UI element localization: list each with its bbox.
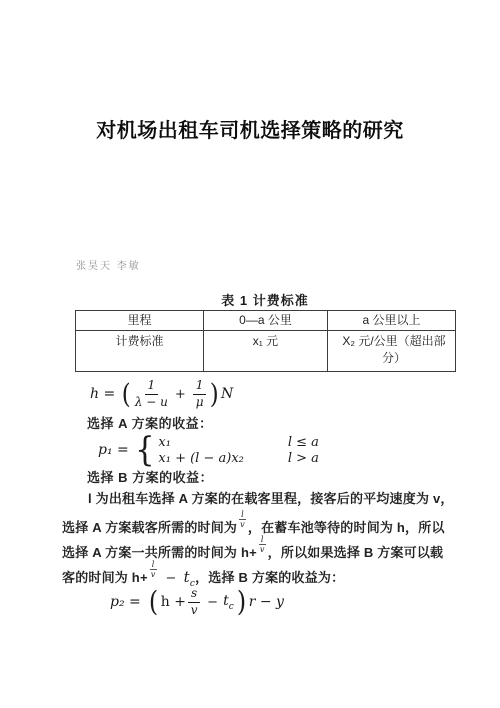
line2-text-b: ，在蓄车池等待的时间为 h，所以 (248, 520, 445, 535)
numerator: l (259, 536, 266, 545)
table-caption: 表 1 计费标准 (75, 290, 455, 309)
paren-open: ( (149, 588, 158, 616)
cases-brace: { (135, 433, 154, 467)
table-header-mileage: 里程 (76, 311, 204, 331)
table-cell-x1: x₁ 元 (204, 331, 328, 372)
paren-close: ) (210, 381, 219, 408)
page-title: 对机场出租车司机选择策略的研究 (0, 114, 500, 143)
denominator: v (191, 603, 198, 618)
formula-h: h = ( 1 λ − u + 1 μ ) N (90, 379, 233, 410)
paragraph-line-4: 客的时间为 h+lv−tc，选择 B 方案的收益为： (62, 561, 477, 586)
paren-close: ) (237, 588, 246, 616)
table-cell-x2: X₂ 元/公里（超出部分） (328, 331, 456, 372)
line3-text-a: 选择 A 方案一共所需的时间为 h+ (62, 545, 257, 560)
t-c-symbol: tc (223, 593, 234, 612)
numerator: l (239, 511, 246, 520)
authors: 张昊天 李敏 (76, 257, 141, 272)
minus-operator: − (166, 571, 177, 586)
line2-text-a: 选择 A 方案载客所需的时间为 (62, 520, 237, 535)
inline-fraction-lv: lv (239, 511, 246, 529)
denominator: v (150, 570, 157, 579)
case2-expression: x₁ + (l − a)x₂ (158, 451, 243, 466)
formula-p2: p₂ = ( h + s v − tc ) r − y (110, 587, 284, 618)
table-cell-fee-label: 计费标准 (76, 331, 204, 372)
table-header-range1: 0—a 公里 (204, 311, 328, 331)
paragraph-line-1: l 为出租车选择 A 方案的在载客里程，接客后的平均速度为 v， (62, 486, 477, 511)
denominator: v (239, 520, 246, 529)
paragraph-line-2: 选择 A 方案载客所需的时间为lv，在蓄车池等待的时间为 h，所以 (62, 511, 477, 536)
fraction-lambda: 1 λ − u (135, 379, 168, 410)
case2-condition: l > a (288, 451, 319, 466)
formula-p2-lhs: p₂ = (110, 594, 141, 610)
fraction-mu: 1 μ (193, 379, 207, 410)
numerator: 1 (145, 379, 159, 395)
fraction-sv: s v (188, 587, 200, 618)
case1-condition: l ≤ a (288, 435, 319, 450)
line4-text-a: 客的时间为 h+ (62, 570, 148, 585)
line3-text-b: ，所以如果选择 B 方案可以载 (268, 545, 444, 560)
table-header-range2: a 公里以上 (328, 311, 456, 331)
denominator: v (259, 545, 266, 554)
formula-p1-lhs: p₁ = (98, 442, 129, 458)
formula-h-rhs: N (221, 386, 233, 402)
numerator: l (150, 561, 157, 570)
plan-b-label: 选择 B 方案的收益： (87, 467, 213, 486)
formula-h-lhs: h = (90, 386, 115, 402)
table-header-row: 里程 0—a 公里 a 公里以上 (76, 311, 456, 331)
denominator: μ (196, 395, 204, 410)
case1-expression: x₁ (158, 435, 243, 450)
line1-text: l 为出租车选择 A 方案的在载客里程，接客后的平均速度为 v， (88, 491, 454, 506)
inline-fraction-lv: lv (150, 561, 157, 579)
t-subscript: c (229, 602, 234, 612)
document-page: 对机场出租车司机选择策略的研究 张昊天 李敏 表 1 计费标准 里程 0—a 公… (0, 0, 500, 708)
t-c-symbol: tc (184, 568, 195, 586)
table-data-row: 计费标准 x₁ 元 X₂ 元/公里（超出部分） (76, 331, 456, 372)
plus-operator: + (175, 387, 186, 402)
line4-text-b: ，选择 B 方案的收益为： (195, 570, 344, 585)
denominator: λ − u (135, 395, 168, 410)
cases-grid: x₁ l ≤ a x₁ + (l − a)x₂ l > a (158, 435, 319, 466)
fee-table: 里程 0—a 公里 a 公里以上 计费标准 x₁ 元 X₂ 元/公里（超出部分） (75, 310, 456, 372)
numerator: 1 (193, 379, 207, 395)
paren-open: ( (122, 381, 131, 408)
body-paragraph: l 为出租车选择 A 方案的在载客里程，接客后的平均速度为 v， 选择 A 方案… (62, 486, 477, 586)
formula-p1: p₁ = { x₁ l ≤ a x₁ + (l − a)x₂ l > a (98, 433, 319, 467)
h-plus-term: h + (161, 594, 186, 610)
inline-fraction-lv: lv (259, 536, 266, 554)
formula-p2-rhs: r − y (249, 594, 284, 610)
minus-operator: − (207, 595, 218, 610)
numerator: s (188, 587, 200, 603)
paragraph-line-3: 选择 A 方案一共所需的时间为 h+lv，所以如果选择 B 方案可以载 (62, 536, 477, 561)
